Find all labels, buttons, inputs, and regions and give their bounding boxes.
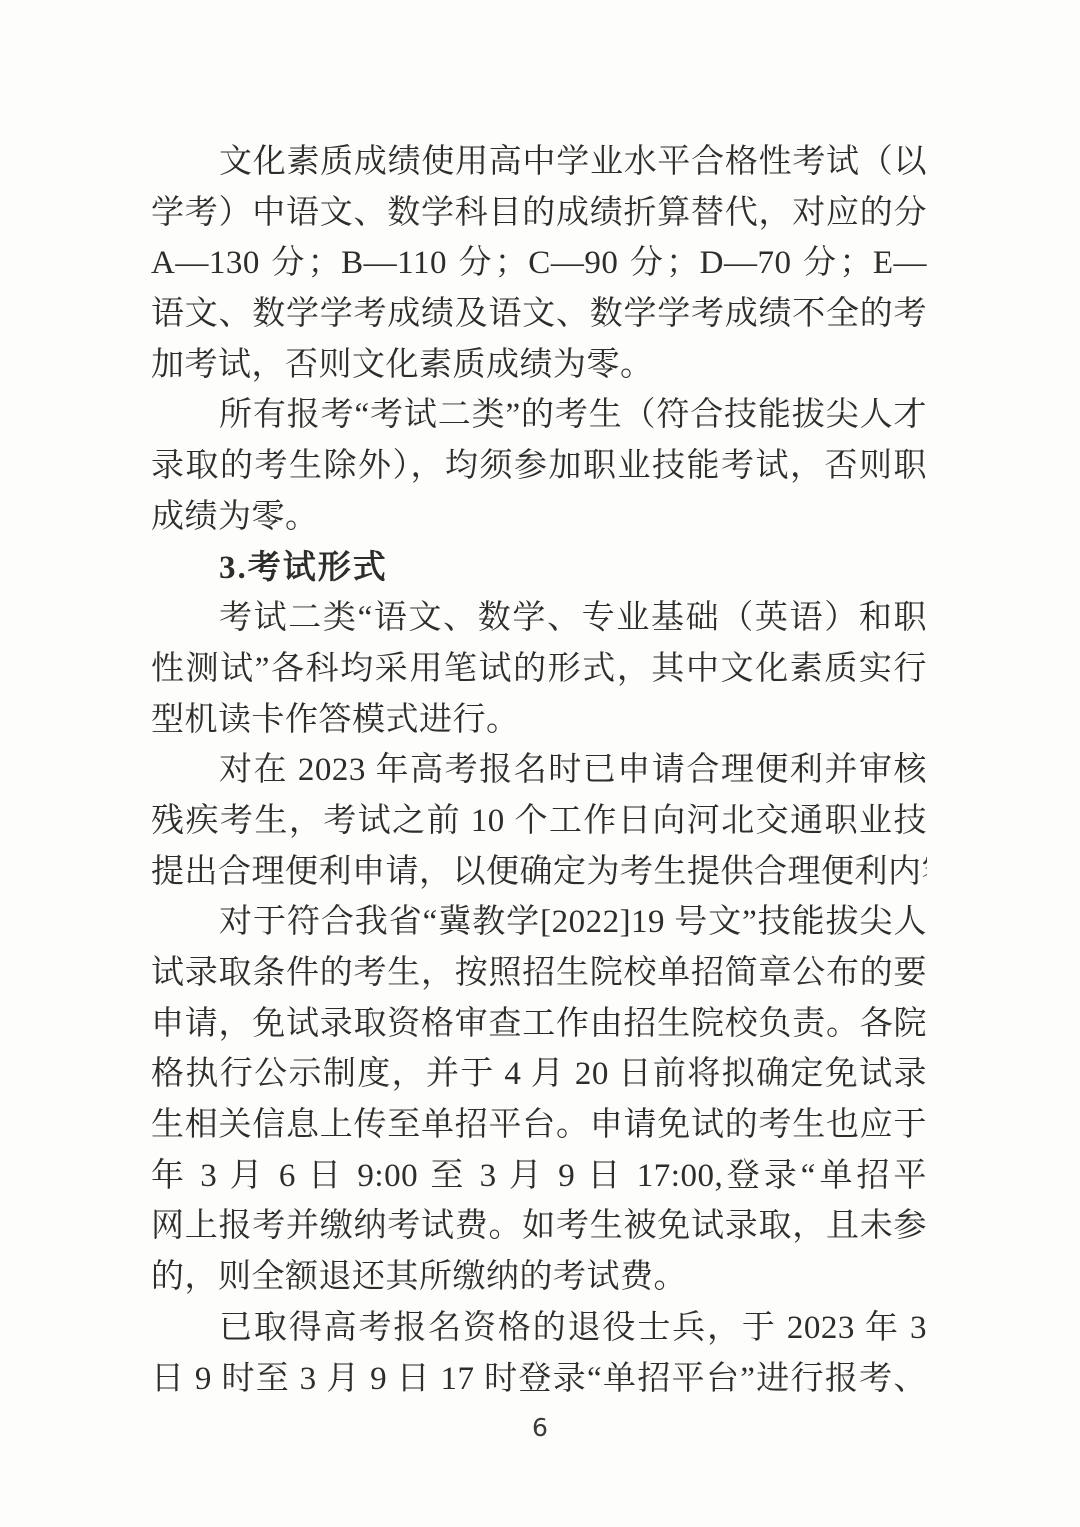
text-line: 已取得高考报名资格的退役士兵，于 2023 年 3 月 6 [151, 1303, 927, 1354]
page-number: 6 [0, 1406, 1080, 1450]
section-heading: 3.考试形式 [151, 543, 927, 594]
text-line: 录取的考生除外），均须参加职业技能考试，否则职业技能 [151, 441, 927, 492]
text-line: 性测试”各科均采用笔试的形式，其中文化素质实行客观题 [151, 644, 927, 695]
paragraph: 对于符合我省“冀教学[2022]19 号文”技能拔尖人才免试录取条件的考生，按照… [151, 897, 927, 1303]
paragraph: 对在 2023 年高考报名时已申请合理便利并审核通过的残疾考生，考试之前 10 … [151, 745, 927, 897]
document-page: 文化素质成绩使用高中学业水平合格性考试（以下简称学考）中语文、数学科目的成绩折算… [0, 0, 1080, 1527]
text-line: 生相关信息上传至单招平台。申请免试的考生也应于 2023 [151, 1100, 927, 1151]
text-line: 的，则全额退还其所缴纳的考试费。 [151, 1252, 927, 1303]
text-line: 申请，免试录取资格审查工作由招生院校负责。各院校要严 [151, 999, 927, 1050]
text-line: 试录取条件的考生，按照招生院校单招简章公布的要求提出 [151, 948, 927, 999]
text-line: 对在 2023 年高考报名时已申请合理便利并审核通过的 [151, 745, 927, 796]
text-line: 考试二类“语文、数学、专业基础（英语）和职业适应 [151, 593, 927, 644]
text-line: 日 9 时至 3 月 9 日 17 时登录“单招平台”进行报考、 [151, 1354, 927, 1405]
text-line: 残疾考生，考试之前 10 个工作日向河北交通职业技术学院 [151, 796, 927, 847]
text-line: A—130 分；B—110 分；C—90 分；D—70 分；E—50 分。无 [151, 238, 927, 289]
paragraph: 已取得高考报名资格的退役士兵，于 2023 年 3 月 6日 9 时至 3 月 … [151, 1303, 927, 1404]
paragraph: 考试二类“语文、数学、专业基础（英语）和职业适应性测试”各科均采用笔试的形式，其… [151, 593, 927, 745]
paragraph: 所有报考“考试二类”的考生（符合技能拔尖人才免试录取的考生除外），均须参加职业技… [151, 390, 927, 542]
text-line: 提出合理便利申请，以便确定为考生提供合理便利内容。 [151, 847, 927, 898]
paragraph: 文化素质成绩使用高中学业水平合格性考试（以下简称学考）中语文、数学科目的成绩折算… [151, 137, 927, 390]
text-line: 型机读卡作答模式进行。 [151, 695, 927, 746]
text-line: 所有报考“考试二类”的考生（符合技能拔尖人才免试 [151, 390, 927, 441]
text-line: 文化素质成绩使用高中学业水平合格性考试（以下简称 [151, 137, 927, 188]
document-body: 文化素质成绩使用高中学业水平合格性考试（以下简称学考）中语文、数学科目的成绩折算… [151, 137, 927, 1404]
text-line: 网上报考并缴纳考试费。如考生被免试录取，且未参加考试 [151, 1201, 927, 1252]
text-line: 学考）中语文、数学科目的成绩折算替代，对应的分值为： [151, 188, 927, 239]
heading-line: 3.考试形式 [151, 543, 927, 594]
text-line: 格执行公示制度，并于 4 月 20 日前将拟确定免试录取的考 [151, 1049, 927, 1100]
text-line: 成绩为零。 [151, 492, 927, 543]
text-line: 语文、数学学考成绩及语文、数学学考成绩不全的考生须参 [151, 289, 927, 340]
text-line: 对于符合我省“冀教学[2022]19 号文”技能拔尖人才免 [151, 897, 927, 948]
text-line: 加考试，否则文化素质成绩为零。 [151, 340, 927, 391]
text-line: 年 3 月 6 日 9:00 至 3 月 9 日 17:00,登录“单招平台”进… [151, 1151, 927, 1202]
